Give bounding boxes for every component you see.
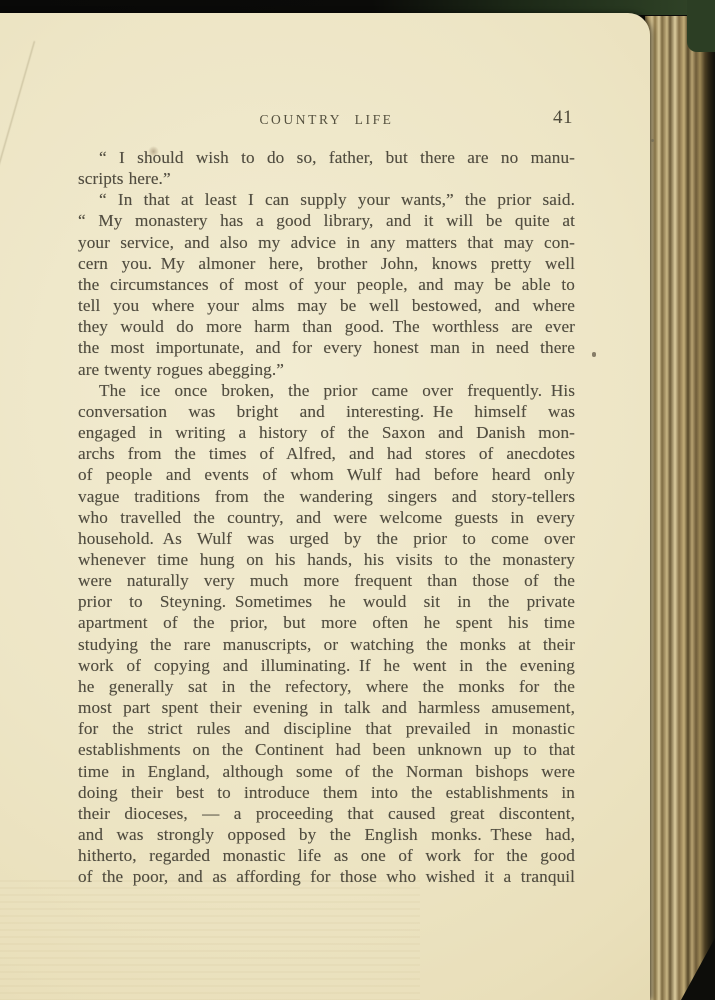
text-line: apartment of the prior, but more often h… — [78, 612, 575, 633]
book-cover-corner — [687, 0, 715, 52]
text-line: “ My monastery has a good library, and i… — [78, 210, 575, 231]
text-line: who travelled the country, and were welc… — [78, 507, 575, 528]
text-line: time in England, although some of the No… — [78, 761, 575, 782]
paper-speck — [651, 139, 654, 142]
text-line: scripts here.” — [78, 168, 575, 189]
page-number: 41 — [553, 107, 573, 129]
book-page-edges — [645, 16, 715, 1000]
text-line: prior to Steyning. Sometimes he would si… — [78, 591, 575, 612]
text-line: tell you where your alms may be well bes… — [78, 295, 575, 316]
text-block: “ I should wish to do so, father, but th… — [78, 147, 575, 887]
text-line: establishments on the Continent had been… — [78, 739, 575, 760]
text-line: The ice once broken, the prior came over… — [78, 380, 575, 401]
text-line: work of copying and illuminating. If he … — [78, 655, 575, 676]
text-line: engaged in writing a history of the Saxo… — [78, 422, 575, 443]
paper-scratch-mark — [0, 41, 35, 195]
text-line: archs from the times of Alfred, and had … — [78, 443, 575, 464]
text-line: are twenty rogues abegging.” — [78, 359, 575, 380]
text-line: and was strongly opposed by the English … — [78, 824, 575, 845]
text-line: he generally sat in the refectory, where… — [78, 676, 575, 697]
text-line: most part spent their evening in talk an… — [78, 697, 575, 718]
book-page: COUNTRY LIFE 41 “ I should wish to do so… — [0, 13, 650, 1000]
page-title: COUNTRY LIFE — [78, 112, 575, 128]
text-line: your service, and also my advice in any … — [78, 232, 575, 253]
paper-texture — [0, 880, 420, 1000]
text-line: “ I should wish to do so, father, but th… — [78, 147, 575, 168]
paper-speck — [592, 352, 596, 357]
text-line: the circumstances of most of your people… — [78, 274, 575, 295]
text-line: were naturally very much more frequent t… — [78, 570, 575, 591]
text-line: their dioceses, — a proceeding that caus… — [78, 803, 575, 824]
text-line: the most importunate, and for every hone… — [78, 337, 575, 358]
text-line: whenever time hung on his hands, his vis… — [78, 549, 575, 570]
text-line: of people and events of whom Wulf had be… — [78, 464, 575, 485]
text-line: cern you. My almoner here, brother John,… — [78, 253, 575, 274]
running-header: COUNTRY LIFE 41 — [78, 112, 575, 136]
text-line: doing their best to introduce them into … — [78, 782, 575, 803]
text-line: of the poor, and as affording for those … — [78, 866, 575, 887]
text-line: hitherto, regarded monastic life as one … — [78, 845, 575, 866]
text-line: for the strict rules and discipline that… — [78, 718, 575, 739]
text-line: studying the rare manuscripts, or watchi… — [78, 634, 575, 655]
text-line: they would do more harm than good. The w… — [78, 316, 575, 337]
text-line: vague traditions from the wandering sing… — [78, 486, 575, 507]
text-line: conversation was bright and interesting.… — [78, 401, 575, 422]
text-line: household. As Wulf was urged by the prio… — [78, 528, 575, 549]
text-line: “ In that at least I can supply your wan… — [78, 189, 575, 210]
